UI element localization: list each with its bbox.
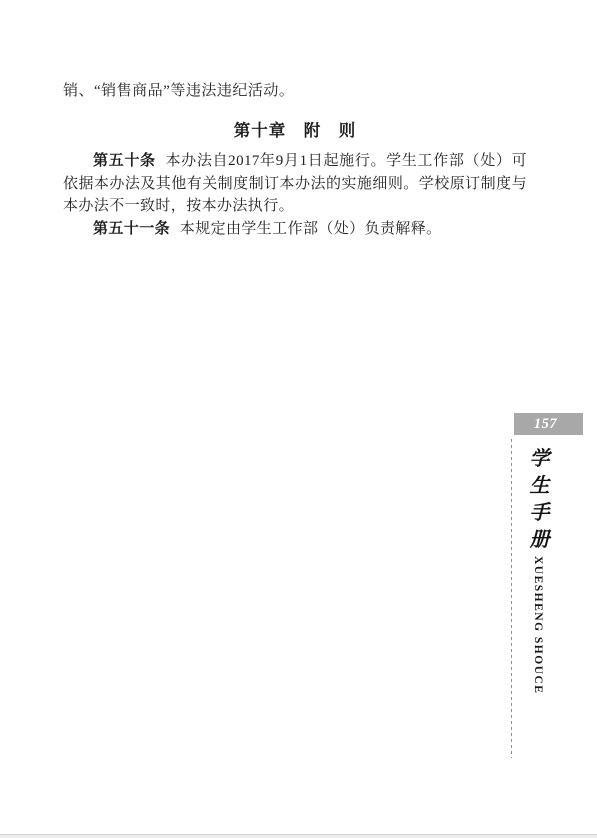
handbook-title-pinyin: XUESHENG SHOUCE	[532, 556, 544, 694]
article-51-label: 第五十一条	[93, 221, 180, 237]
carryover-text: 销、“销售商品”等违法违纪活动。	[63, 80, 527, 102]
title-char-2: 生	[530, 476, 550, 496]
page-content: 销、“销售商品”等违法违纪活动。 第十章 附 则 第五十条本办法自2017年9月…	[63, 80, 527, 240]
handbook-page: 销、“销售商品”等违法违纪活动。 第十章 附 则 第五十条本办法自2017年9月…	[0, 0, 597, 838]
page-number: 157	[534, 416, 563, 433]
title-char-1: 学	[530, 449, 550, 469]
handbook-title-vertical: 学 生 手 册	[527, 449, 552, 550]
article-51: 第五十一条本规定由学生工作部（处）负责解释。	[63, 218, 527, 241]
article-51-text: 本规定由学生工作部（处）负责解释。	[180, 221, 442, 237]
title-char-4: 册	[530, 530, 550, 550]
dashed-divider	[511, 439, 512, 758]
article-50-label: 第五十条	[93, 153, 165, 169]
chapter-heading: 第十章 附 则	[63, 117, 527, 141]
title-char-3: 手	[530, 503, 550, 523]
page-edge-shadow	[0, 834, 597, 838]
page-number-badge: 157	[514, 413, 583, 435]
article-50: 第五十条本办法自2017年9月1日起施行。学生工作部（处）可依据本办法及其他有关…	[63, 150, 527, 218]
